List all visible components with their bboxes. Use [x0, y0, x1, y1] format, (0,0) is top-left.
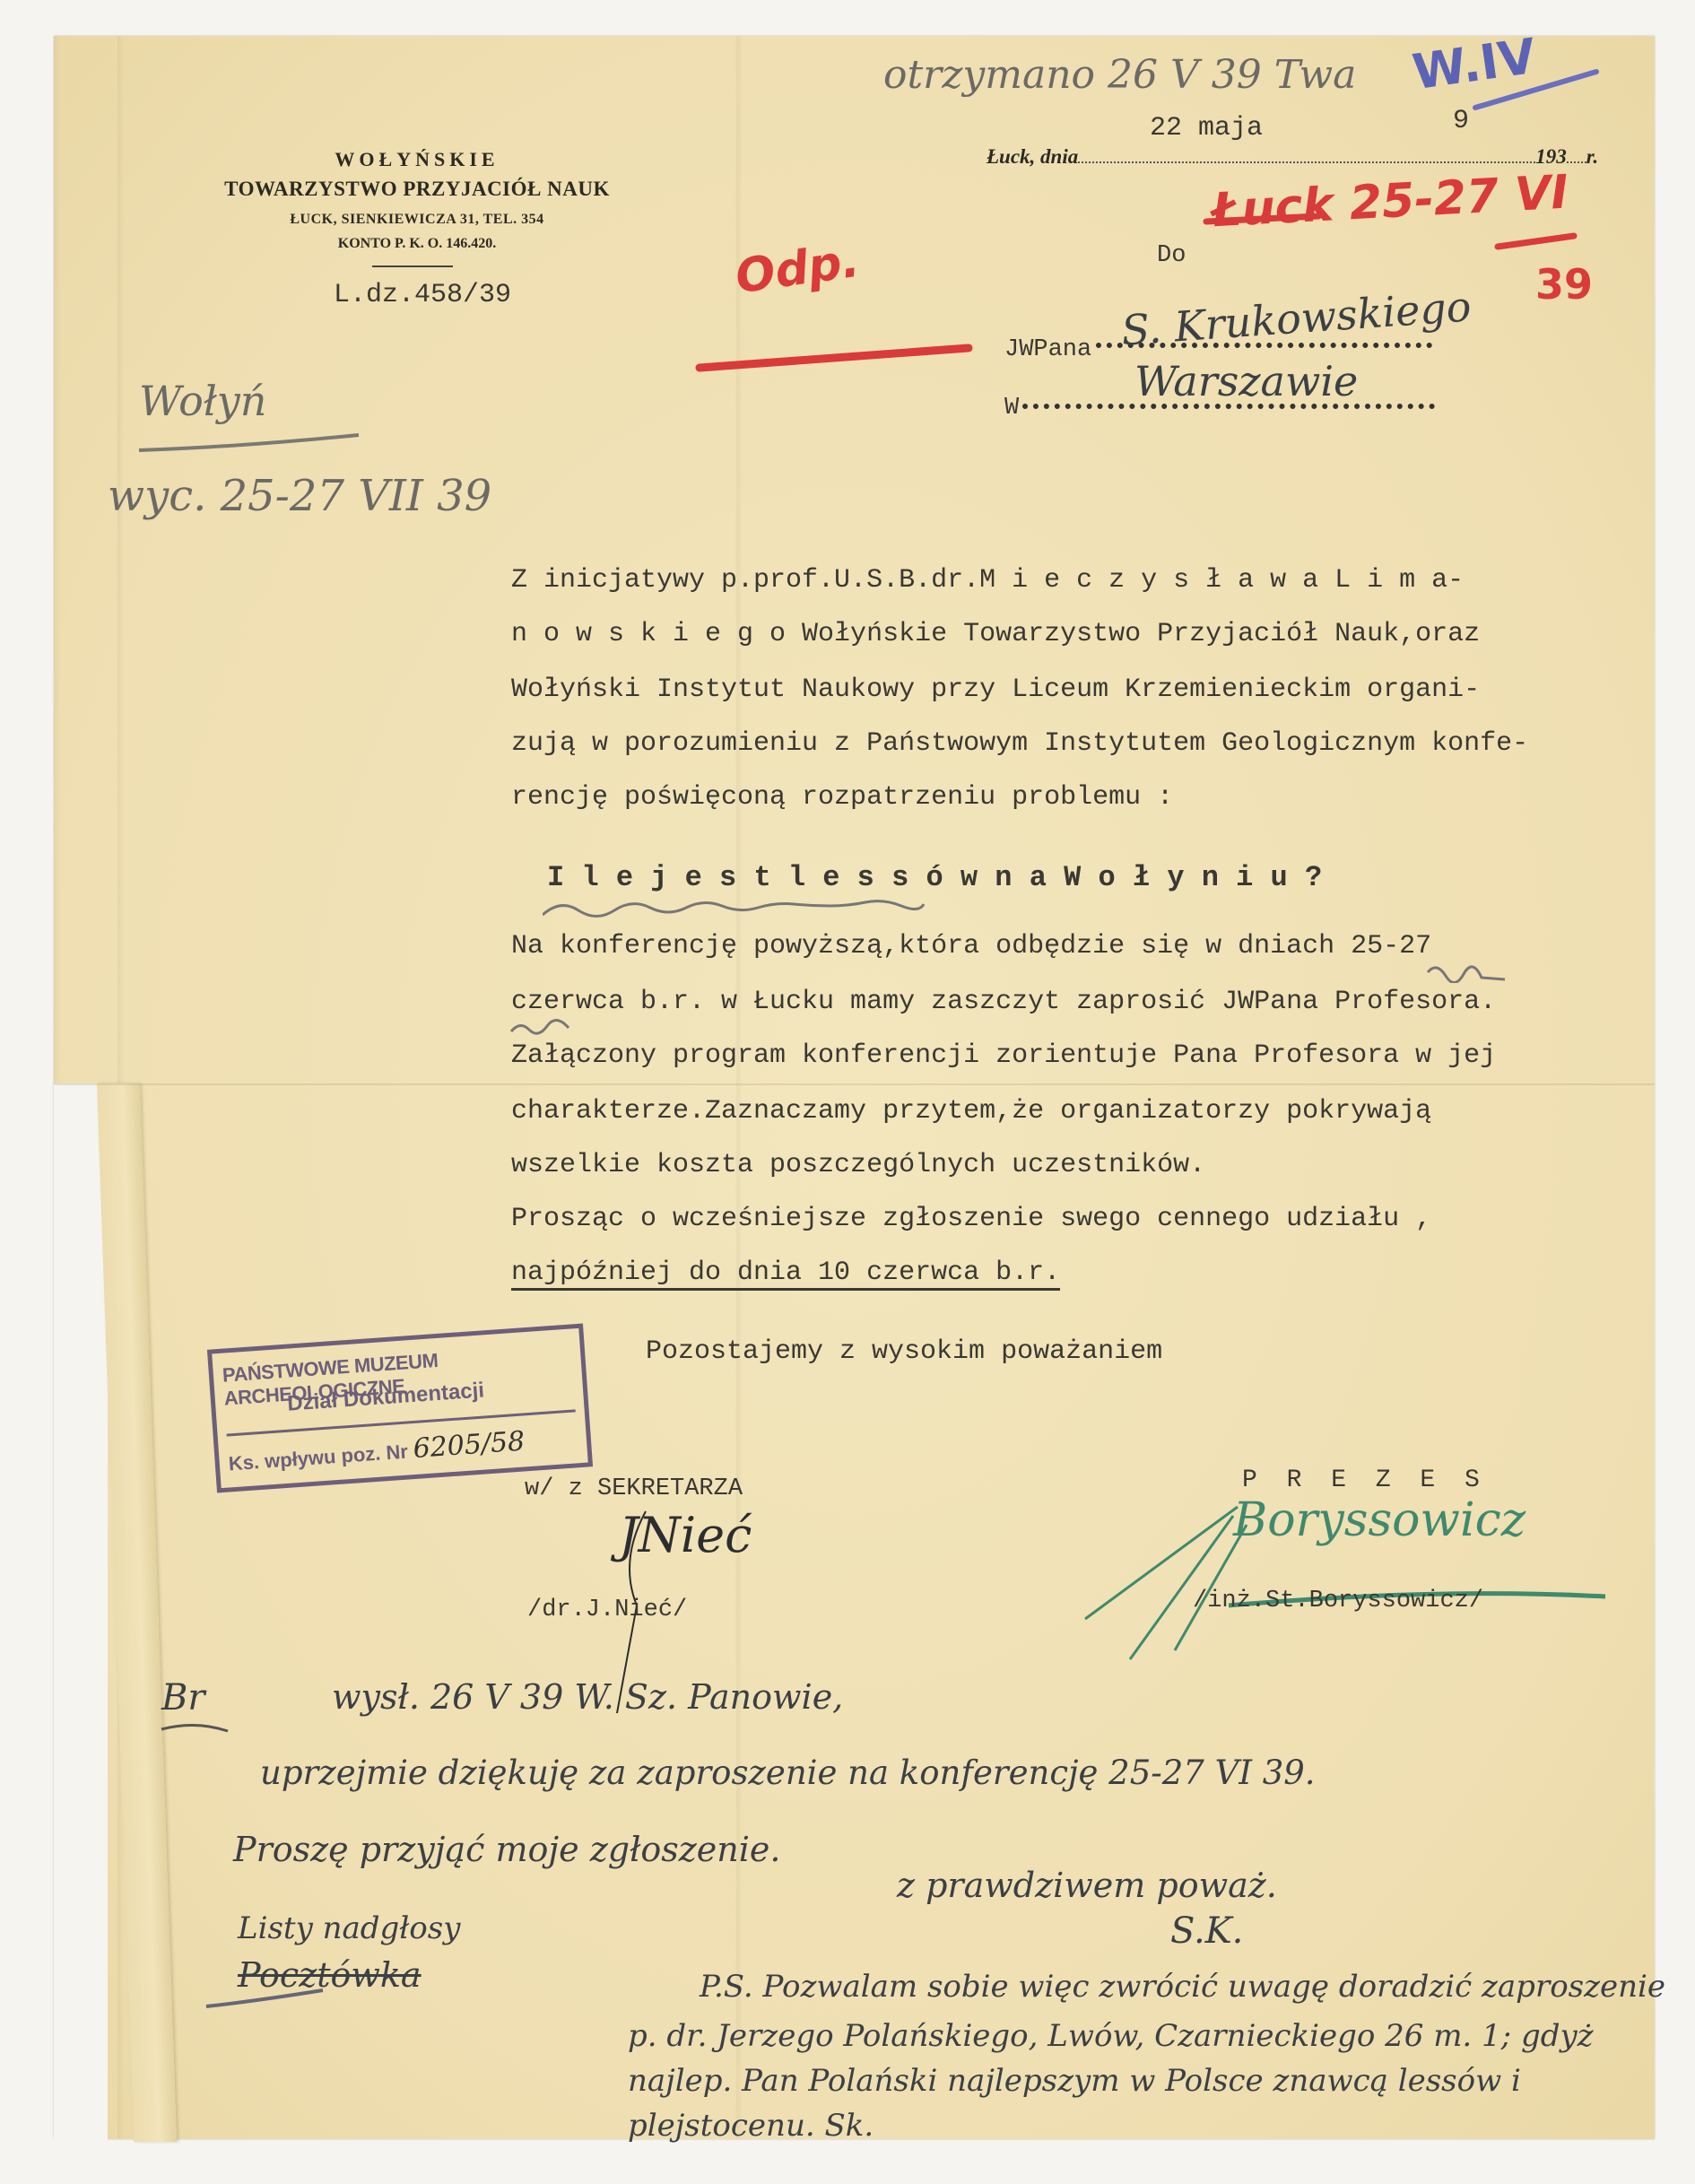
address-jwpana-label: JWPana — [1004, 336, 1091, 363]
dateline-prefix: Łuck, dnia — [987, 145, 1078, 168]
body-line-5: rencję poświęconą rozpatrzeniu problemu … — [511, 782, 1173, 813]
body-line-10: wszelkie koszta poszczególnych uczestnik… — [511, 1150, 1205, 1180]
red-crayon-odp-stroke — [691, 332, 1013, 386]
address-do: Do — [1157, 242, 1186, 269]
month-wavy-underline — [509, 1017, 572, 1037]
pencil-note-trip-dates: wyc. 25-27 VII 39 — [108, 471, 491, 521]
body-line-9: charakterze.Zaznaczamy przytem,że organi… — [511, 1096, 1431, 1127]
reply-line-3: Proszę przyjąć moje zgłoszenie. — [233, 1830, 781, 1869]
secretary-title: w/ z SEKRETARZA — [525, 1475, 743, 1502]
typed-year-digit: 9 — [1453, 106, 1469, 136]
torn-edge-gap — [54, 1083, 108, 2142]
letterhead-line-1: WOŁYŃSKIE — [179, 148, 655, 171]
pencil-underline — [135, 431, 368, 457]
year-dotted-line — [1567, 161, 1586, 163]
letterhead-org-name: TOWARZYSTWO PRZYJACIÓŁ NAUK — [179, 178, 655, 201]
body-line-4: zują w porozumieniu z Państwowym Instytu… — [511, 728, 1528, 759]
museum-archive-stamp: PAŃSTWOWE MUZEUM ARCHEOLOGICZNE Dział Do… — [207, 1324, 593, 1493]
horizontal-crease — [54, 1083, 1655, 1085]
typed-date: 22 maja — [1150, 113, 1263, 144]
title-wavy-underline — [543, 897, 928, 924]
br-underline — [160, 1720, 231, 1738]
letterhead-account: KONTO P. K. O. 146.420. — [179, 236, 655, 252]
ps-line-4: plejstocenu. Sk. — [628, 2108, 874, 2144]
letterhead-address: ŁUCK, SIENKIEWICZA 31, TEL. 354 — [179, 212, 655, 228]
body-line-6: Na konferencję powyższą,która odbędzie s… — [511, 931, 1431, 961]
ps-line-3: najlep. Pan Polański najlepszym w Polsce… — [628, 2063, 1521, 2099]
blue-crayon-underline — [1471, 63, 1605, 117]
reply-line-4: z prawdziwem poważ. — [897, 1866, 1277, 1905]
reference-number: L.dz.458/39 — [334, 280, 511, 310]
body-line-1: Z inicjatywy p.prof.U.S.B.dr.M i e c z y… — [511, 565, 1464, 596]
closing-salutation: Pozostajemy z wysokim poważaniem — [646, 1336, 1162, 1367]
president-signature-stroke — [1076, 1489, 1614, 1668]
received-annotation: otrzymano 26 V 39 Twa — [883, 52, 1356, 98]
dateline-year: 193 — [1535, 145, 1567, 168]
ps-line-2: p. dr. Jerzego Polańskiego, Lwów, Czarni… — [628, 2018, 1594, 2054]
red-crayon-year: 39 — [1535, 260, 1593, 309]
ps-line-1: P.S. Pozwalam sobie więc zwrócić uwagę d… — [700, 1969, 1665, 2005]
address-w-label: W — [1004, 395, 1019, 422]
date-dotted-line — [1078, 161, 1535, 163]
city-handwritten: Warszawie — [1134, 357, 1358, 405]
body-line-2: n o w s k i e g o Wołyńskie Towarzystwo … — [511, 619, 1480, 649]
stamp-entry-label: Ks. wpływu poz. Nr — [228, 1440, 409, 1475]
dateline-printed: Łuck, dnia193r. — [987, 145, 1598, 169]
body-line-3: Wołyński Instytut Naukowy przy Liceum Kr… — [511, 674, 1480, 705]
stamp-entry-number: 6205/58 — [412, 1425, 526, 1465]
dateline-suffix: r. — [1586, 145, 1598, 168]
reply-line-2: uprzejmie dziękuję za zaproszenie na kon… — [260, 1753, 1316, 1792]
letterhead-divider — [372, 265, 453, 267]
red-crayon-lines — [1202, 211, 1578, 265]
secretary-name: /dr.J.Nieć/ — [527, 1597, 687, 1623]
reply-line-1: wysł. 26 V 39 W. Sz. Panowie, — [332, 1677, 843, 1717]
left-note-1: Listy nadgłosy — [238, 1910, 460, 1946]
pencil-note-wolyn: Wołyń — [139, 377, 266, 425]
reply-br-label: Br — [161, 1677, 205, 1718]
body-line-deadline: najpóźniej do dnia 10 czerwca b.r. — [511, 1257, 1060, 1291]
body-line-11: Prosząc o wcześniejsze zgłoszenie swego … — [511, 1204, 1431, 1234]
reply-initials: S.K. — [1170, 1910, 1243, 1952]
dates-wavy-underline — [1426, 961, 1507, 983]
left-note-underline — [202, 1987, 327, 2014]
stamp-entry-row: Ks. wpływu poz. Nr6205/58 — [227, 1425, 526, 1477]
conference-title: I l e j e s t l e s s ó w n a W o ł y n … — [547, 861, 1322, 894]
body-line-7: czerwca b.r. w Łucku mamy zaszczyt zapro… — [511, 987, 1496, 1017]
president-name: /inż.St.Boryssowicz/ — [1193, 1588, 1483, 1614]
body-line-8: Załączony program konferencji zorientuje… — [511, 1040, 1496, 1071]
